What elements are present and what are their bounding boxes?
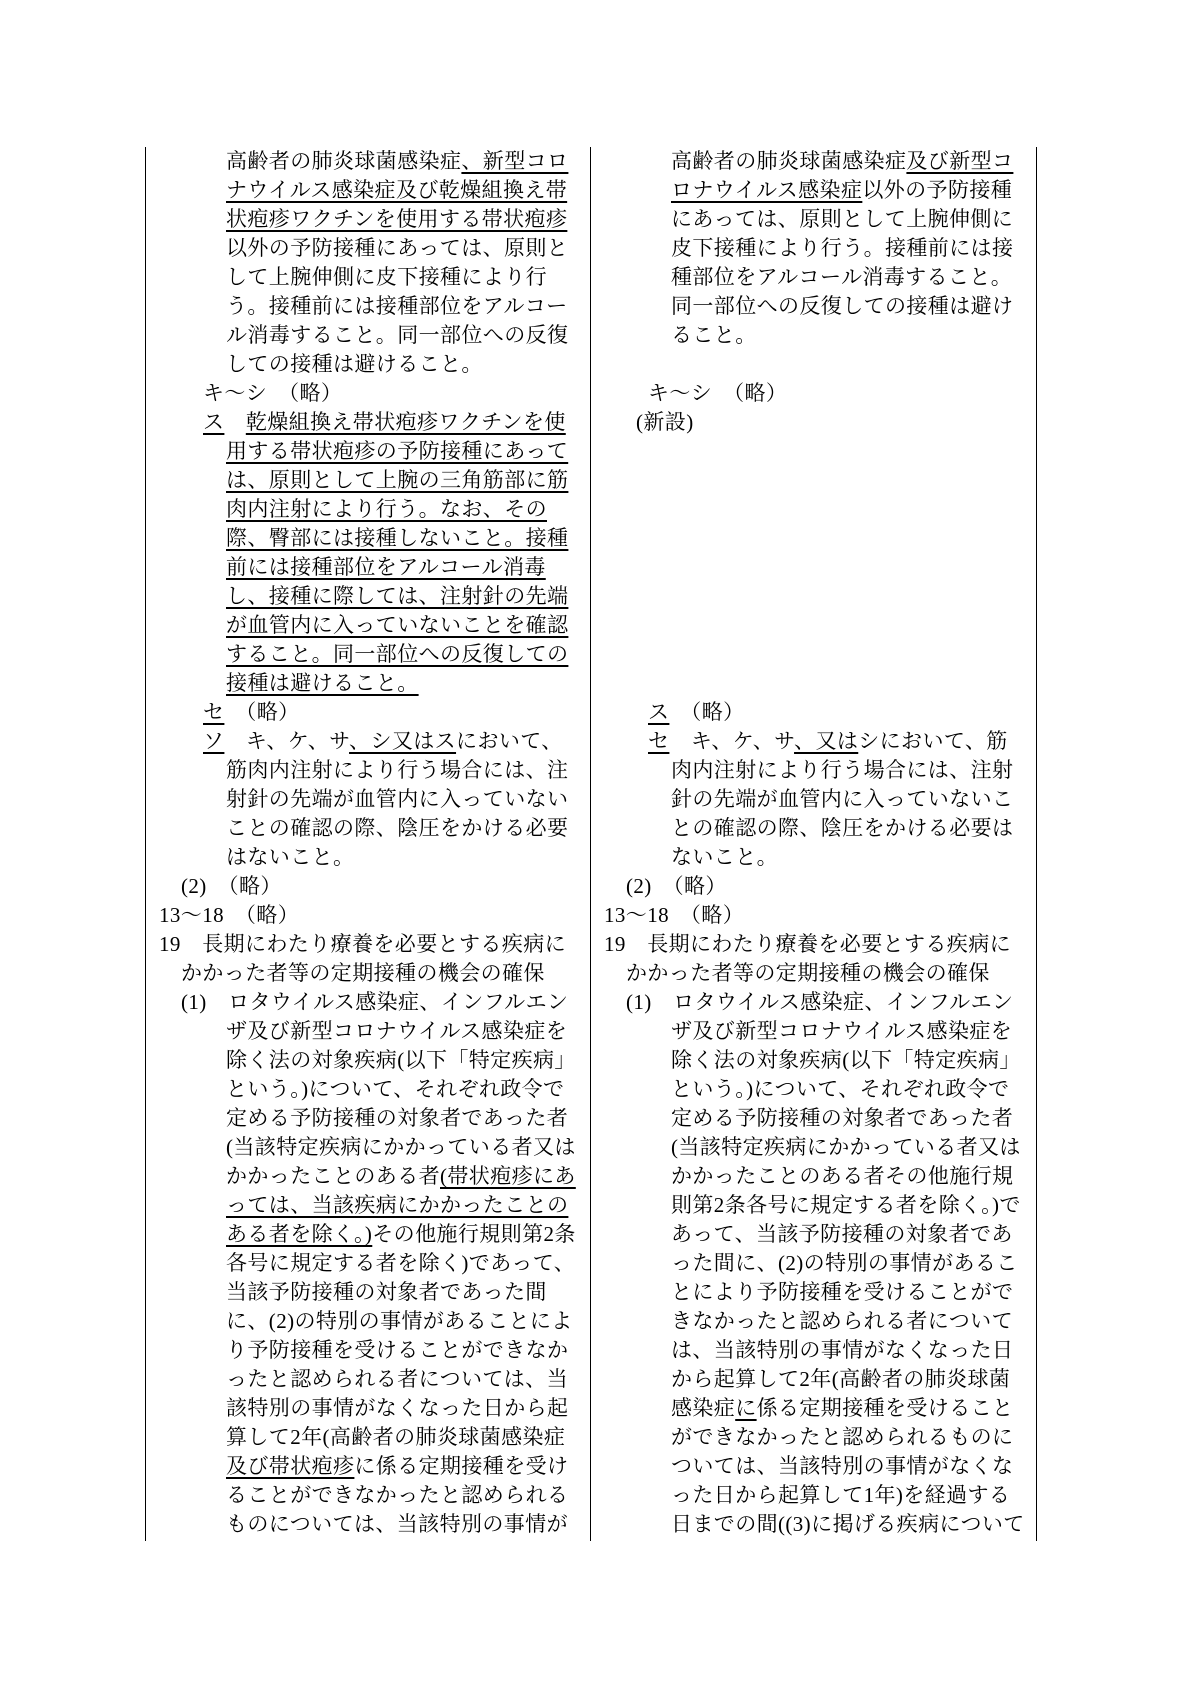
text-run: (新設) bbox=[636, 410, 694, 434]
blank-spacer bbox=[591, 437, 1036, 698]
text-run: 19 長期にわたり療養を必要とする疾病にかかった者等の定期接種の機会の確保 bbox=[604, 932, 1011, 985]
items-13-18-ryaku: 13〜18 （略） bbox=[591, 901, 1036, 930]
underlined-text-run: ソ bbox=[203, 729, 224, 753]
items-ki-shi-ryaku: キ〜シ （略） bbox=[591, 379, 1036, 408]
blank-spacer bbox=[591, 350, 1036, 379]
underlined-text-run: に bbox=[735, 1396, 756, 1420]
text-run: 19 長期にわたり療養を必要とする疾病にかかった者等の定期接種の機会の確保 bbox=[159, 932, 566, 985]
underlined-text-run: 及び帯状疱疹 bbox=[226, 1454, 354, 1478]
items-ki-shi-ryaku: キ〜シ （略） bbox=[146, 379, 590, 408]
underlined-text-run: セ bbox=[203, 700, 224, 724]
amended-intro-paragraph: 高齢者の肺炎球菌感染症、新型コロナウイルス感染症及び乾燥組換え帯状疱疹ワクチンを… bbox=[146, 147, 590, 379]
text-run: 13〜18 （略） bbox=[604, 903, 744, 927]
text-run: (2) （略） bbox=[626, 874, 727, 898]
items-13-18-ryaku: 13〜18 （略） bbox=[146, 901, 590, 930]
text-run: （略） bbox=[669, 700, 744, 724]
text-run bbox=[224, 729, 245, 753]
shinsetsu-note: (新設) bbox=[591, 408, 1036, 437]
item-19-heading: 19 長期にわたり療養を必要とする疾病にかかった者等の定期接種の機会の確保 bbox=[146, 930, 590, 988]
text-run: キ、ケ、サ bbox=[691, 729, 794, 753]
text-run: 高齢者の肺炎球菌感染症 bbox=[671, 149, 906, 173]
underlined-text-run: ス bbox=[648, 700, 669, 724]
text-run: キ〜シ （略） bbox=[648, 381, 787, 405]
underlined-text-run: 、シ又はス bbox=[349, 729, 456, 753]
text-run: キ、ケ、サ bbox=[246, 729, 349, 753]
item-19-1: (1) ロタウイルス感染症、インフルエンザ及び新型コロナウイルス感染症を除く法の… bbox=[591, 988, 1036, 1541]
item-2-ryaku: (2) （略） bbox=[146, 872, 590, 901]
text-run: 13〜18 （略） bbox=[159, 903, 299, 927]
previous-intro-paragraph: 高齢者の肺炎球菌感染症及び新型コロナウイルス感染症以外の予防接種にあっては、原則… bbox=[591, 147, 1036, 350]
text-run: キ〜シ （略） bbox=[203, 381, 342, 405]
text-run bbox=[669, 729, 690, 753]
underlined-text-run: セ bbox=[648, 729, 669, 753]
text-run: 高齢者の肺炎球菌感染症 bbox=[226, 149, 461, 173]
text-run bbox=[224, 410, 245, 434]
item-se: セ キ、ケ、サ、又はシにおいて、筋肉内注射により行う場合には、注射針の先端が血管… bbox=[591, 727, 1036, 872]
underlined-text-run: 乾燥組換え帯状疱疹ワクチンを使用する帯状疱疹の予防接種にあっては、原則として上腕… bbox=[226, 410, 568, 695]
item-19-heading: 19 長期にわたり療養を必要とする疾病にかかった者等の定期接種の機会の確保 bbox=[591, 930, 1036, 988]
item-su-ryaku: ス （略） bbox=[591, 698, 1036, 727]
item-19-1: (1) ロタウイルス感染症、インフルエンザ及び新型コロナウイルス感染症を除く法の… bbox=[146, 988, 590, 1541]
item-so: ソ キ、ケ、サ、シ又はスにおいて、筋肉内注射により行う場合には、注射針の先端が血… bbox=[146, 727, 590, 872]
text-run: 以外の予防接種にあっては、原則として上腕伸側に皮下接種により行う。接種前には接種… bbox=[671, 178, 1013, 347]
text-run: その他施行規則第2条各号に規定する者を除く)であって、当該予防接種の対象者であっ… bbox=[226, 1222, 576, 1449]
underlined-text-run: ス bbox=[203, 410, 224, 434]
item-2-ryaku: (2) （略） bbox=[591, 872, 1036, 901]
text-run: 以外の予防接種にあっては、原則として上腕伸側に皮下接種により行う。接種前には接種… bbox=[226, 236, 568, 376]
text-run: (1) ロタウイルス感染症、インフルエンザ及び新型コロナウイルス感染症を除く法の… bbox=[626, 990, 1021, 1420]
previous-text-column: 高齢者の肺炎球菌感染症及び新型コロナウイルス感染症以外の予防接種にあっては、原則… bbox=[591, 147, 1036, 1541]
text-run: (1) ロタウイルス感染症、インフルエンザ及び新型コロナウイルス感染症を除く法の… bbox=[181, 990, 576, 1188]
text-run: (2) （略） bbox=[181, 874, 282, 898]
document-page: { "meta": { "kind": "amendment-compariso… bbox=[0, 0, 1181, 1695]
underlined-text-run: 、又は bbox=[794, 729, 858, 753]
amended-text-column: 高齢者の肺炎球菌感染症、新型コロナウイルス感染症及び乾燥組換え帯状疱疹ワクチンを… bbox=[146, 147, 591, 1541]
item-se-ryaku: セ （略） bbox=[146, 698, 590, 727]
item-su: ス 乾燥組換え帯状疱疹ワクチンを使用する帯状疱疹の予防接種にあっては、原則として… bbox=[146, 408, 590, 698]
comparison-table: 高齢者の肺炎球菌感染症、新型コロナウイルス感染症及び乾燥組換え帯状疱疹ワクチンを… bbox=[145, 147, 1037, 1541]
text-run: （略） bbox=[224, 700, 299, 724]
